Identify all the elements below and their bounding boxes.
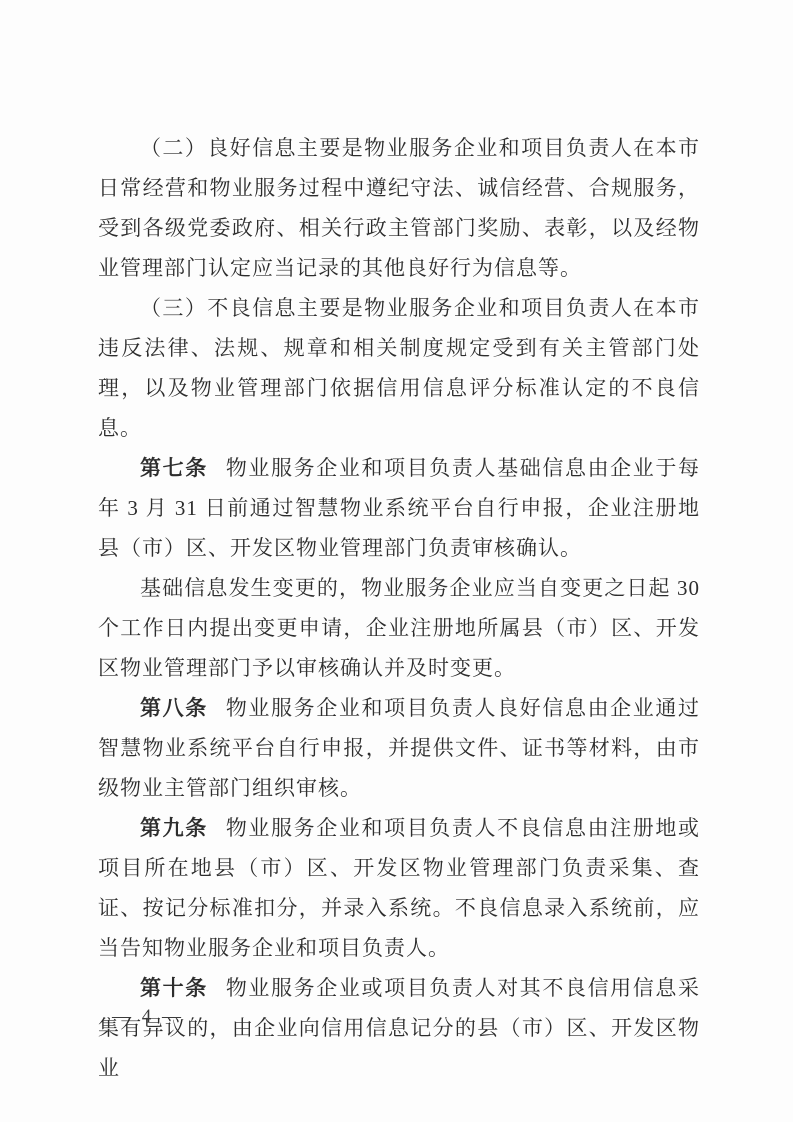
- document-body: （二）良好信息主要是物业服务企业和项目负责人在本市日常经营和物业服务过程中遵纪守…: [98, 128, 700, 1088]
- article-10-paragraph: 第十条物业服务企业或项目负责人对其不良信用信息采集有异议的，由企业向信用信息记分…: [98, 968, 700, 1088]
- article-7-continuation-paragraph: 基础信息发生变更的，物业服务企业应当自变更之日起 30 个工作日内提出变更申请，…: [98, 568, 700, 688]
- article-number: 第十条: [140, 976, 208, 1000]
- document-page: （二）良好信息主要是物业服务企业和项目负责人在本市日常经营和物业服务过程中遵纪守…: [0, 0, 793, 1122]
- article-7-paragraph: 第七条物业服务企业和项目负责人基础信息由企业于每年 3 月 31 日前通过智慧物…: [98, 448, 700, 568]
- paragraph-text: （三）不良信息主要是物业服务企业和项目负责人在本市违反法律、法规、规章和相关制度…: [98, 296, 700, 440]
- article-8-paragraph: 第八条物业服务企业和项目负责人良好信息由企业通过智慧物业系统平台自行申报，并提供…: [98, 688, 700, 808]
- paragraph-text: 基础信息发生变更的，物业服务企业应当自变更之日起 30 个工作日内提出变更申请，…: [98, 576, 700, 680]
- clause-3-bad-info-paragraph: （三）不良信息主要是物业服务企业和项目负责人在本市违反法律、法规、规章和相关制度…: [98, 288, 700, 448]
- paragraph-text: （二）良好信息主要是物业服务企业和项目负责人在本市日常经营和物业服务过程中遵纪守…: [98, 136, 700, 280]
- clause-2-good-info-paragraph: （二）良好信息主要是物业服务企业和项目负责人在本市日常经营和物业服务过程中遵纪守…: [98, 128, 700, 288]
- article-number: 第七条: [140, 456, 208, 480]
- article-number: 第八条: [140, 696, 208, 720]
- article-9-paragraph: 第九条物业服务企业和项目负责人不良信息由注册地或项目所在地县（市）区、开发区物业…: [98, 808, 700, 968]
- page-number: — 4 —: [112, 1003, 184, 1031]
- article-number: 第九条: [140, 816, 208, 840]
